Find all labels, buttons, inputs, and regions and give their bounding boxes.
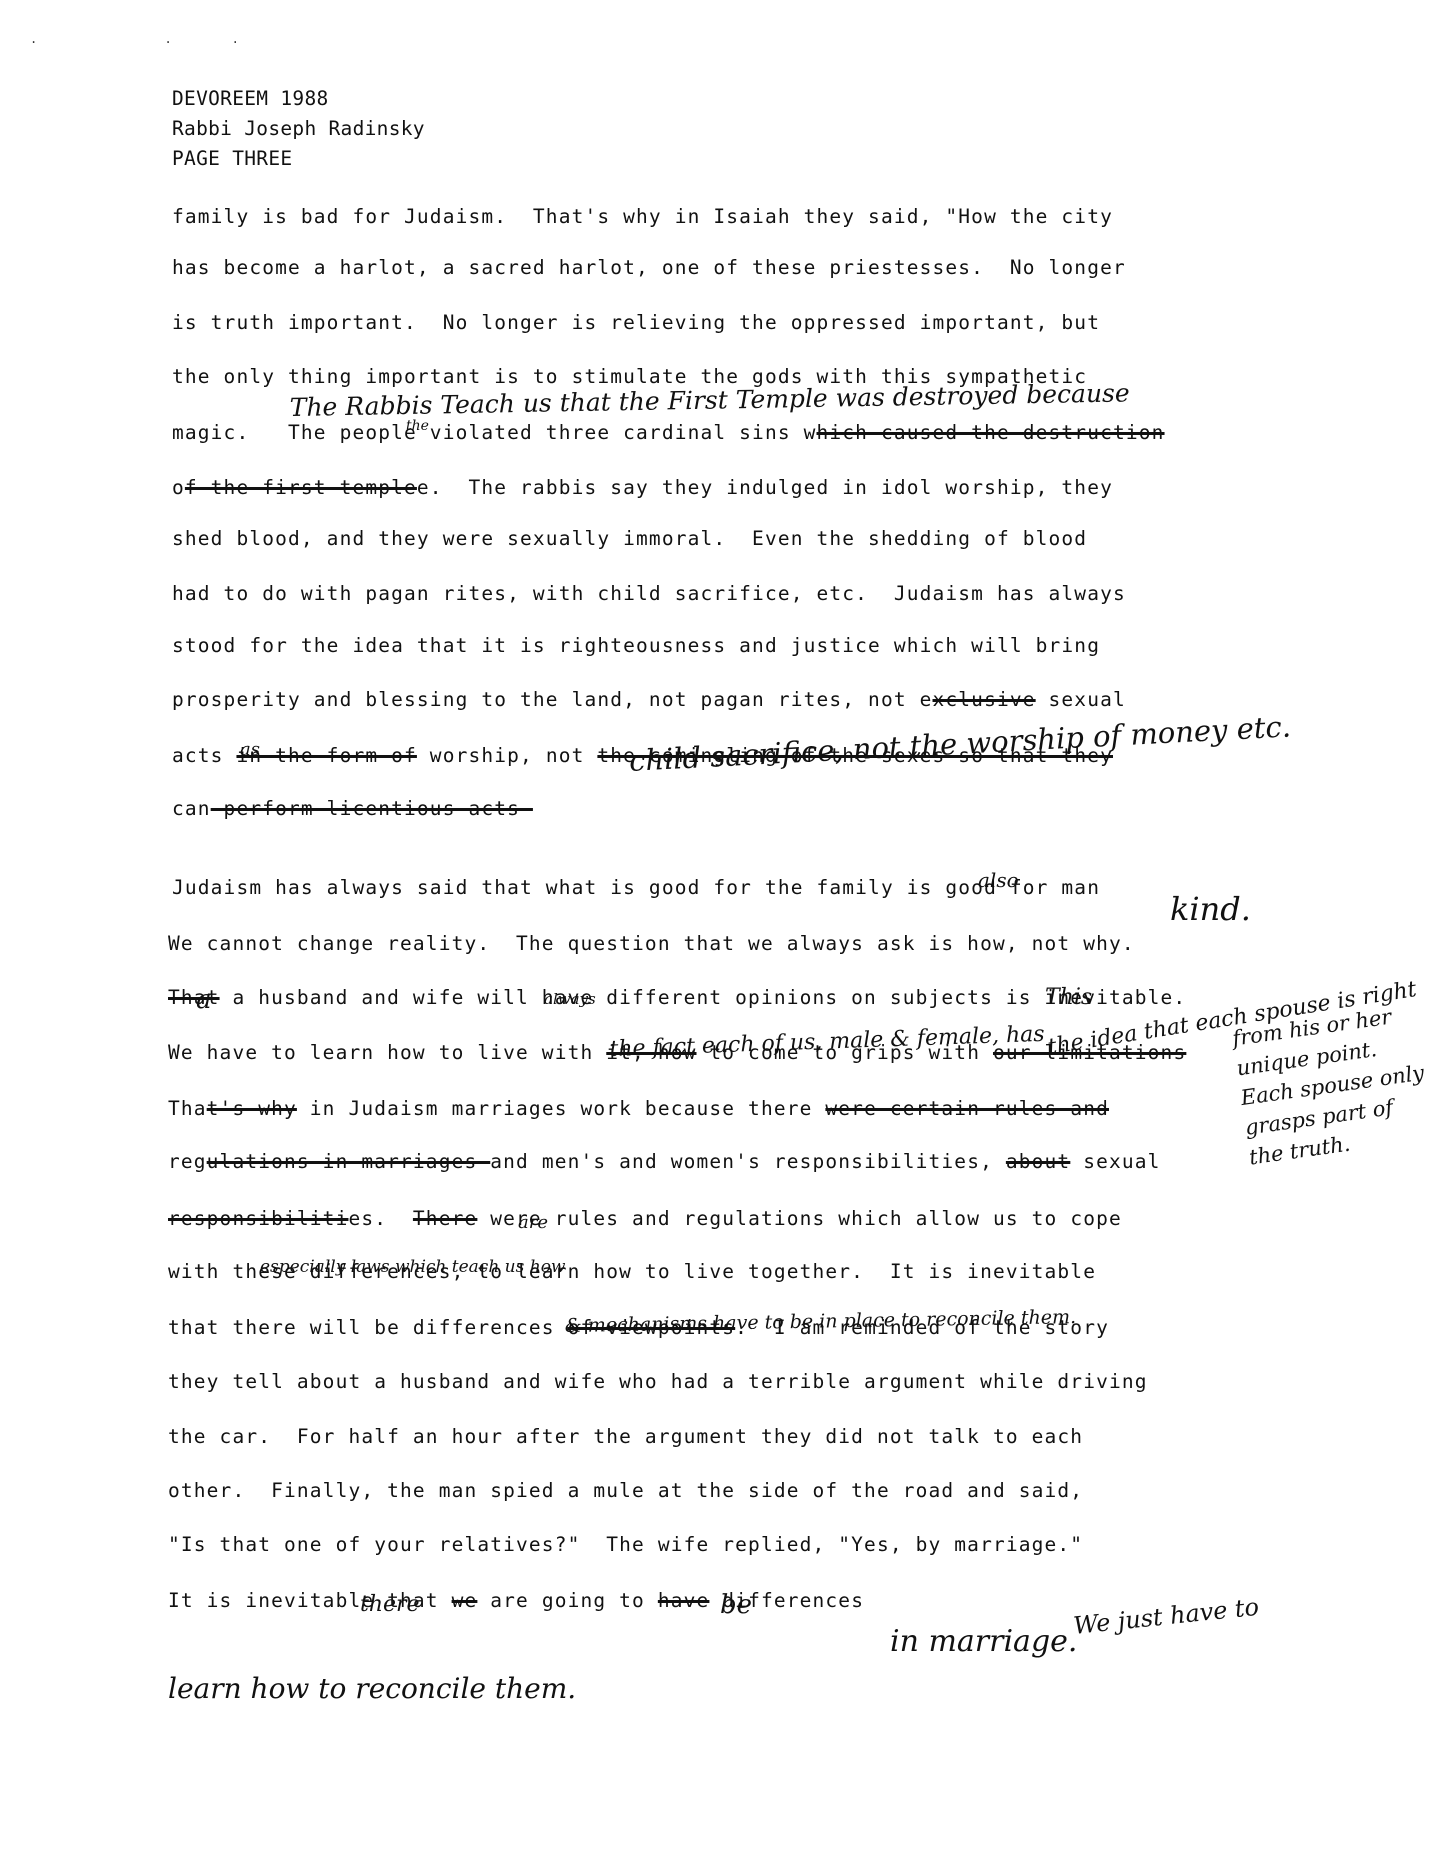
typed-line: had to do with pagan rites, with child s…	[172, 582, 1126, 605]
handwritten-always-insert: always	[544, 990, 596, 1008]
typed-line: family is bad for Judaism. That's why in…	[172, 205, 1113, 228]
typed-line: can perform licentious acts	[172, 797, 533, 820]
handwritten-be-insert: be	[720, 1590, 752, 1620]
typed-line: has become a harlot, a sacred harlot, on…	[172, 256, 1126, 279]
handwritten-kind-insert: kind.	[1170, 890, 1251, 928]
struck-text: perform licentious acts	[211, 797, 533, 820]
typed-line: It is inevitable that we are going to ha…	[168, 1589, 864, 1612]
struck-text: There	[413, 1207, 477, 1230]
typed-line: Judaism has always said that what is goo…	[172, 876, 1100, 899]
header-page: PAGE THREE	[172, 144, 425, 174]
typed-line: stood for the idea that it is righteousn…	[172, 634, 1100, 657]
struck-text: hich caused the destruction	[817, 421, 1165, 444]
header-title: DEVOREEM 1988	[172, 84, 425, 114]
typed-line: "Is that one of your relatives?" The wif…	[168, 1533, 1083, 1556]
handwritten-margin-note: from his or her unique point. Each spous…	[1230, 998, 1430, 1173]
typed-line: prosperity and blessing to the land, not…	[172, 688, 1126, 711]
typed-line: they tell about a husband and wife who h…	[168, 1370, 1148, 1393]
typed-line: of the first templee. The rabbis say the…	[172, 476, 1113, 499]
typed-text: es.	[348, 1207, 412, 1230]
typed-text: magic. The people violated three cardina…	[172, 421, 817, 444]
typed-text: o	[172, 476, 185, 499]
handwritten-there-insert: there	[360, 1592, 420, 1617]
struck-text: ulations in marriages	[207, 1150, 491, 1173]
typed-line: other. Finally, the man spied a mule at …	[168, 1479, 1083, 1502]
struck-text: responsibiliti	[168, 1207, 348, 1230]
typed-text: a husband and wife will have different o…	[220, 986, 1187, 1009]
typed-text: that there will be differences	[168, 1316, 568, 1339]
typed-text: can	[172, 797, 211, 820]
handwritten-especially-note: especially laws which teach us how	[260, 1257, 565, 1277]
typed-line: the car. For half an hour after the argu…	[168, 1425, 1083, 1448]
typed-line: magic. The people violated three cardina…	[172, 421, 1165, 444]
struck-text: t's why	[207, 1097, 297, 1120]
typed-text: and men's and women's responsibilities,	[490, 1150, 1006, 1173]
document-header: DEVOREEM 1988 Rabbi Joseph Radinsky PAGE…	[172, 84, 425, 174]
struck-text: in the form of	[236, 744, 416, 767]
header-author: Rabbi Joseph Radinsky	[172, 114, 425, 144]
typed-text: were rules and regulations which allow u…	[477, 1207, 1122, 1230]
typed-text: acts	[172, 744, 236, 767]
typed-text: Tha	[168, 1097, 207, 1120]
struck-text: were certain rules and	[825, 1097, 1109, 1120]
struck-text: xclusive	[933, 688, 1036, 711]
struck-text: f the first temple	[185, 476, 417, 499]
handwritten-just-have-note: We just have to	[1072, 1593, 1260, 1640]
typed-line: That's why in Judaism marriages work bec…	[168, 1097, 1109, 1120]
struck-text: have	[658, 1589, 710, 1612]
typed-line: regulations in marriages and men's and w…	[168, 1150, 1161, 1173]
typed-line: is truth important. No longer is relievi…	[172, 311, 1100, 334]
scan-specks: . ..	[30, 32, 299, 46]
typed-line: shed blood, and they were sexually immor…	[172, 527, 1087, 550]
struck-text: about	[1006, 1150, 1070, 1173]
handwritten-child-sacrifice-note: child sacrifice, not the worship of mone…	[628, 709, 1291, 778]
typed-text: sexual	[1036, 688, 1126, 711]
typed-text: in Judaism marriages work because there	[297, 1097, 826, 1120]
handwritten-learn-note: learn how to reconcile them.	[168, 1672, 576, 1705]
struck-text: That	[168, 986, 220, 1009]
handwritten-are-insert: are	[518, 1212, 548, 1233]
handwritten-the-insert: the	[406, 418, 429, 434]
struck-text: we	[452, 1589, 478, 1612]
typed-line: We cannot change reality. The question t…	[168, 932, 1135, 955]
typed-text: are going to	[477, 1589, 657, 1612]
handwritten-in-marriage-note: in marriage.	[890, 1624, 1077, 1659]
typed-text: e. The rabbis say they indulged in idol …	[417, 476, 1113, 499]
typed-text: We have to learn how to live with	[168, 1041, 606, 1064]
typed-line: responsibilities. There were rules and r…	[168, 1207, 1122, 1230]
typed-text: worship, not	[417, 744, 597, 767]
typed-text: reg	[168, 1150, 207, 1173]
document-page: . .. DEVOREEM 1988 Rabbi Joseph Radinsky…	[0, 0, 1430, 1851]
handwritten-a-insert: a	[196, 985, 212, 1015]
handwritten-as-insert: as	[240, 739, 260, 760]
handwritten-this-insert: This	[1045, 985, 1092, 1010]
handwritten-also-insert: also	[978, 868, 1019, 892]
typed-text: prosperity and blessing to the land, not…	[172, 688, 933, 711]
typed-line: That a husband and wife will have differ…	[168, 986, 1186, 1009]
typed-text: sexual	[1070, 1150, 1160, 1173]
